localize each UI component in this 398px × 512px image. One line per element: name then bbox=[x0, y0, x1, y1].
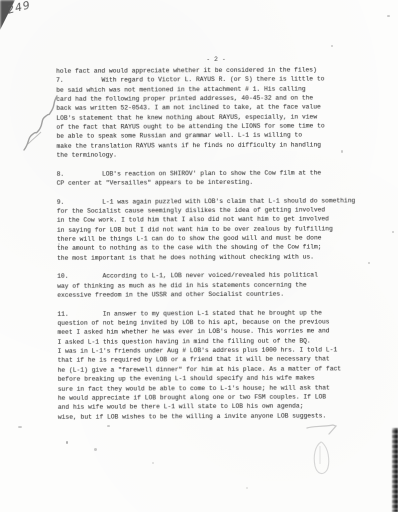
document-line: excessive freedom in the USSR and other … bbox=[57, 289, 377, 300]
noise-speck bbox=[341, 150, 343, 153]
document-line: meet I asked him whether he was ever in … bbox=[57, 327, 377, 338]
noise-speck bbox=[18, 426, 22, 428]
paragraph-9: 9. L-1 was again puzzled with LOB's clai… bbox=[57, 196, 377, 263]
pencil-mark-icon bbox=[303, 420, 343, 489]
handwritten-page-mark: 249 bbox=[6, 0, 32, 17]
paragraph-8: 8. LOB's reaction on SHIROV' plan to sho… bbox=[57, 168, 377, 188]
scan-edge-shadow bbox=[392, 428, 398, 512]
noise-speck bbox=[387, 15, 390, 17]
noise-speck bbox=[246, 487, 248, 489]
noise-speck bbox=[152, 462, 154, 464]
noise-speck bbox=[58, 243, 60, 245]
noise-speck bbox=[107, 425, 110, 427]
document-page: 249 - 2 - hole fact and would appreciate… bbox=[0, 0, 398, 512]
noise-speck bbox=[368, 262, 370, 264]
typed-text-block: - 2 - hole fact and would appreciate whe… bbox=[56, 65, 378, 422]
noise-speck bbox=[66, 441, 68, 444]
noise-speck bbox=[94, 448, 97, 451]
page-number: - 2 - bbox=[176, 56, 256, 63]
document-line: CP center at "Versailles" appears to be … bbox=[57, 177, 377, 188]
document-line: the terminology. bbox=[57, 149, 377, 160]
paragraph-11: 11. In answer to my question L-1 stated … bbox=[57, 308, 378, 422]
document-line: the most important is that he does nothi… bbox=[57, 252, 377, 263]
margin-scribble-icon bbox=[20, 92, 60, 159]
paragraph-7: 7. With regard to Victor L. RAYUS R. (or… bbox=[56, 75, 376, 161]
noise-speck bbox=[331, 45, 333, 47]
noise-speck bbox=[392, 231, 394, 233]
paragraph-10: 10. According to L-1, LOB never voiced/r… bbox=[57, 271, 377, 301]
